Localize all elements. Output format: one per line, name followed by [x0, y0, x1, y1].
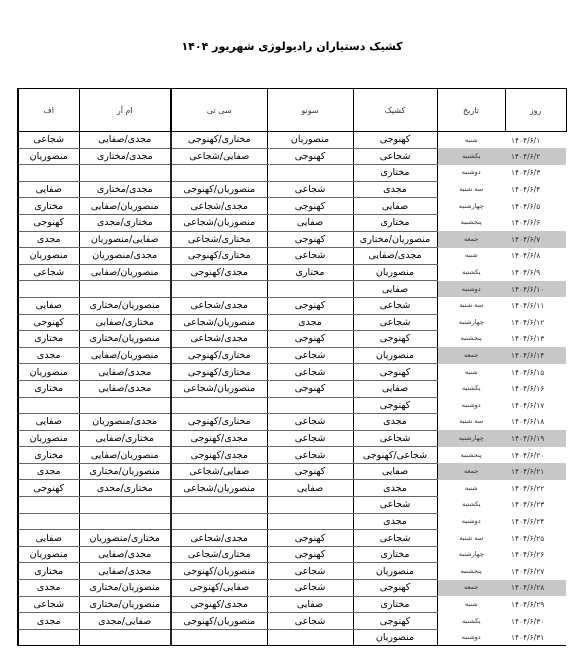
- cell-ct: مختاری/شجاعی: [171, 546, 267, 563]
- table-row: ۱۴۰۴/۶/۳۰یکشنبهکهنوجیشجاعیمنصوریان/کهنوج…: [18, 613, 566, 630]
- cell-sono: کهنوجی: [267, 198, 353, 215]
- cell-ct: منصوریان/کهنوجی: [171, 563, 267, 580]
- table-row: ۱۴۰۴/۶/۲۹شنبهمختاریصفاییمجدی/کهنوجیمنصور…: [18, 596, 566, 613]
- cell-kashik: منصوریان: [353, 347, 437, 364]
- cell-day: یکشنبه: [437, 264, 505, 281]
- header-af: اف: [18, 89, 79, 132]
- table-row: ۱۴۰۴/۶/۸شنبهمجدی/صفاییشجاعیمختاری/کهنوجی…: [18, 248, 566, 265]
- table-row: ۱۴۰۴/۶/۷جمعهمنصوریان/مختاریکهنوجیمختاری/…: [18, 231, 566, 248]
- cell-ct: مجدی/شجاعی: [171, 198, 267, 215]
- cell-af: مختاری: [18, 447, 79, 464]
- cell-kashik: مختاری: [353, 165, 437, 182]
- cell-mri: منصوریان/صفایی: [79, 347, 171, 364]
- cell-kashik: کهنوجی: [353, 364, 437, 381]
- cell-sono: [267, 165, 353, 182]
- cell-kashik: صفایی: [353, 198, 437, 215]
- cell-sono: کهنوجی: [267, 231, 353, 248]
- cell-mri: صفایی/مجدی: [79, 613, 171, 630]
- table-row: ۱۴۰۴/۶/۱۲چهارشنبهشجاعیمجدیمنصوریان/شجاعی…: [18, 314, 566, 331]
- cell-ct: [171, 629, 267, 646]
- header-row: روز تاریخ کشیک سونو سی تی ام آر اف: [18, 89, 566, 132]
- table-row: ۱۴۰۴/۶/۱۳پنجشنبهکهنوجیکهنوجیمجدی/شجاعیمن…: [18, 331, 566, 348]
- cell-kashik: مختاری: [353, 214, 437, 231]
- cell-date: ۱۴۰۴/۶/۲۳: [505, 497, 566, 514]
- cell-kashik: شجاعی: [353, 497, 437, 514]
- cell-date: ۱۴۰۴/۶/۹: [505, 264, 566, 281]
- cell-mri: [79, 513, 171, 530]
- cell-af: مجدی: [18, 580, 79, 597]
- cell-date: ۱۴۰۴/۶/۶: [505, 214, 566, 231]
- cell-mri: مجدی/منصوریان: [79, 248, 171, 265]
- cell-kashik: مختاری: [353, 596, 437, 613]
- cell-kashik: کهنوجی: [353, 580, 437, 597]
- cell-date: ۱۴۰۴/۶/۲۱: [505, 463, 566, 480]
- cell-date: ۱۴۰۴/۶/۲: [505, 148, 566, 165]
- cell-mri: صفایی/منصوریان: [79, 231, 171, 248]
- cell-mri: منصوریان/صفایی: [79, 198, 171, 215]
- cell-date: ۱۴۰۴/۶/۳۱: [505, 629, 566, 646]
- cell-ct: مجدی/کهنوجی: [171, 447, 267, 464]
- cell-mri: منصوریان/مختاری: [79, 596, 171, 613]
- header-ct: سی تی: [171, 89, 267, 132]
- cell-ct: مختاری/کهنوجی: [171, 414, 267, 431]
- cell-mri: [79, 281, 171, 298]
- table-row: ۱۴۰۴/۶/۹یکشنبهمنصوریانمختاریمجدی/کهنوجیم…: [18, 264, 566, 281]
- cell-kashik: کهنوجی: [353, 331, 437, 348]
- cell-sono: [267, 629, 353, 646]
- cell-day: چهارشنبه: [437, 546, 505, 563]
- cell-sono: منصوریان: [267, 132, 353, 149]
- cell-day: دوشنبه: [437, 397, 505, 414]
- cell-sono: [267, 397, 353, 414]
- table-row: ۱۴۰۴/۶/۱۴جمعهمنصوریانشجاعیمختاری/کهنوجیم…: [18, 347, 566, 364]
- table-row: ۱۴۰۴/۶/۳۱دوشنبهمنصوریان: [18, 629, 566, 646]
- cell-sono: مختاری: [267, 264, 353, 281]
- cell-af: [18, 629, 79, 646]
- cell-sono: کهنوجی: [267, 546, 353, 563]
- cell-kashik: شجاعی: [353, 297, 437, 314]
- cell-day: سه شنبه: [437, 297, 505, 314]
- cell-sono: شجاعی: [267, 414, 353, 431]
- cell-date: ۱۴۰۴/۶/۱۸: [505, 414, 566, 431]
- cell-date: ۱۴۰۴/۶/۱۹: [505, 430, 566, 447]
- cell-mri: [79, 397, 171, 414]
- cell-sono: صفایی: [267, 596, 353, 613]
- cell-sono: کهنوجی: [267, 463, 353, 480]
- header-day: روز: [505, 89, 566, 132]
- cell-sono: شجاعی: [267, 580, 353, 597]
- cell-mri: منصوریان/مختاری: [79, 463, 171, 480]
- cell-mri: مختاری/صفایی: [79, 430, 171, 447]
- cell-af: منصوریان: [18, 248, 79, 265]
- cell-mri: منصوریان/مختاری: [79, 580, 171, 597]
- cell-af: شجاعی: [18, 132, 79, 149]
- cell-day: شنبه: [437, 132, 505, 149]
- cell-day: چهارشنبه: [437, 314, 505, 331]
- cell-date: ۱۴۰۴/۶/۸: [505, 248, 566, 265]
- cell-date: ۱۴۰۴/۶/۴: [505, 181, 566, 198]
- table-row: ۱۴۰۴/۶/۱۵شنبهکهنوجیشجاعیمختاری/کهنوجیمجد…: [18, 364, 566, 381]
- cell-day: سه شنبه: [437, 414, 505, 431]
- cell-day: یکشنبه: [437, 148, 505, 165]
- cell-day: شنبه: [437, 596, 505, 613]
- cell-mri: [79, 497, 171, 514]
- cell-day: جمعه: [437, 231, 505, 248]
- header-kashik: کشیک: [353, 89, 437, 132]
- table-row: ۱۴۰۴/۶/۲۱جمعهصفاییکهنوجیصفایی/شجاعیمنصور…: [18, 463, 566, 480]
- table-row: ۱۴۰۴/۶/۲۸جمعهکهنوجیشجاعیصفایی/کهنوجیمنصو…: [18, 580, 566, 597]
- cell-day: سه شنبه: [437, 181, 505, 198]
- cell-date: ۱۴۰۴/۶/۱۲: [505, 314, 566, 331]
- cell-kashik: مجدی/صفایی: [353, 248, 437, 265]
- cell-af: صفایی: [18, 530, 79, 547]
- cell-day: پنجشنبه: [437, 447, 505, 464]
- cell-mri: مجدی/منصوریان: [79, 414, 171, 431]
- cell-kashik: مختاری: [353, 546, 437, 563]
- cell-sono: مجدی: [267, 314, 353, 331]
- cell-mri: منصوریان/مختاری: [79, 331, 171, 348]
- cell-ct: منصوریان/کهنوجی: [171, 181, 267, 198]
- cell-ct: مجدی/شجاعی: [171, 331, 267, 348]
- cell-af: [18, 513, 79, 530]
- table-row: ۱۴۰۴/۶/۱۶یکشنبهصفاییکهنوجیمنصوریان/شجاعی…: [18, 380, 566, 397]
- cell-ct: [171, 497, 267, 514]
- cell-kashik: صفایی: [353, 380, 437, 397]
- cell-af: [18, 497, 79, 514]
- cell-kashik: منصوریان: [353, 563, 437, 580]
- cell-sono: شجاعی: [267, 347, 353, 364]
- cell-ct: صفایی/کهنوجی: [171, 580, 267, 597]
- table-row: ۱۴۰۴/۶/۱۱سه شنبهشجاعیکهنوجیمجدی/شجاعیمنص…: [18, 297, 566, 314]
- cell-kashik: شجاعی: [353, 148, 437, 165]
- table-row: ۱۴۰۴/۶/۲۲شنبهمجدیصفاییمنصوریان/شجاعیمختا…: [18, 480, 566, 497]
- table-row: ۱۴۰۴/۶/۲۷پنجشنبهمنصوریانشجاعیمنصوریان/که…: [18, 563, 566, 580]
- cell-ct: مختاری/کهنوجی: [171, 364, 267, 381]
- cell-date: ۱۴۰۴/۶/۲۴: [505, 513, 566, 530]
- cell-day: یکشنبه: [437, 613, 505, 630]
- cell-mri: مجدی/مختاری: [79, 148, 171, 165]
- table-row: ۱۴۰۴/۶/۲۶چهارشنبهمختاریکهنوجیمختاری/شجاع…: [18, 546, 566, 563]
- table-row: ۱۴۰۴/۶/۳دوشنبهمختاری: [18, 165, 566, 182]
- cell-sono: شجاعی: [267, 248, 353, 265]
- cell-sono: شجاعی: [267, 181, 353, 198]
- cell-day: یکشنبه: [437, 380, 505, 397]
- cell-date: ۱۴۰۴/۶/۵: [505, 198, 566, 215]
- cell-date: ۱۴۰۴/۶/۲۰: [505, 447, 566, 464]
- cell-day: دوشنبه: [437, 629, 505, 646]
- cell-day: شنبه: [437, 480, 505, 497]
- cell-ct: منصوریان/شجاعی: [171, 380, 267, 397]
- cell-date: ۱۴۰۴/۶/۲۹: [505, 596, 566, 613]
- page-title: کشیک دستیاران رادیولوژی شهریور ۱۴۰۴: [0, 40, 584, 53]
- cell-ct: مجدی/کهنوجی: [171, 596, 267, 613]
- cell-af: [18, 397, 79, 414]
- cell-mri: مختاری/منصوریان: [79, 530, 171, 547]
- cell-ct: صفایی/شجاعی: [171, 148, 267, 165]
- cell-sono: شجاعی: [267, 613, 353, 630]
- cell-date: ۱۴۰۴/۶/۲۸: [505, 580, 566, 597]
- cell-af: کهنوجی: [18, 214, 79, 231]
- cell-day: چهارشنبه: [437, 430, 505, 447]
- cell-mri: مجدی/صفایی: [79, 563, 171, 580]
- cell-kashik: کهنوجی: [353, 613, 437, 630]
- table-row: ۱۴۰۴/۶/۲یکشنبهشجاعیکهنوجیصفایی/شجاعیمجدی…: [18, 148, 566, 165]
- cell-date: ۱۴۰۴/۶/۱: [505, 132, 566, 149]
- cell-kashik: کهنوجی: [353, 132, 437, 149]
- cell-day: جمعه: [437, 347, 505, 364]
- cell-kashik: صفایی: [353, 281, 437, 298]
- cell-ct: [171, 165, 267, 182]
- cell-af: [18, 281, 79, 298]
- cell-mri: منصوریان/صفایی: [79, 264, 171, 281]
- cell-sono: شجاعی: [267, 430, 353, 447]
- schedule-table: روز تاریخ کشیک سونو سی تی ام آر اف ۱۴۰۴/…: [17, 88, 567, 646]
- cell-day: پنجشنبه: [437, 331, 505, 348]
- cell-day: شنبه: [437, 364, 505, 381]
- header-mri: ام آر: [79, 89, 171, 132]
- cell-af: [18, 165, 79, 182]
- cell-date: ۱۴۰۴/۶/۲۲: [505, 480, 566, 497]
- cell-af: مجدی: [18, 463, 79, 480]
- table-row: ۱۴۰۴/۶/۲۵سه شنبهشجاعیکهنوجیمجدی/شجاعیمخت…: [18, 530, 566, 547]
- cell-ct: مختاری/کهنوجی: [171, 132, 267, 149]
- cell-date: ۱۴۰۴/۶/۲۶: [505, 546, 566, 563]
- header-sono: سونو: [267, 89, 353, 132]
- cell-kashik: شجاعی: [353, 430, 437, 447]
- cell-sono: صفایی: [267, 214, 353, 231]
- cell-ct: منصوریان/شجاعی: [171, 314, 267, 331]
- cell-day: پنجشنبه: [437, 214, 505, 231]
- table-row: ۱۴۰۴/۶/۱۷دوشنبهکهنوجی: [18, 397, 566, 414]
- cell-ct: صفایی/شجاعی: [171, 463, 267, 480]
- schedule-body: ۱۴۰۴/۶/۱شنبهکهنوجیمنصوریانمختاری/کهنوجیم…: [18, 132, 566, 646]
- table-row: ۱۴۰۴/۶/۲۳یکشنبهشجاعی: [18, 497, 566, 514]
- cell-sono: کهنوجی: [267, 380, 353, 397]
- cell-mri: مختاری/مجدی: [79, 214, 171, 231]
- cell-ct: [171, 513, 267, 530]
- cell-mri: مجدی/صفایی: [79, 380, 171, 397]
- cell-sono: کهنوجی: [267, 530, 353, 547]
- cell-mri: مجدی/صفایی: [79, 364, 171, 381]
- cell-sono: شجاعی: [267, 447, 353, 464]
- cell-mri: [79, 629, 171, 646]
- cell-ct: مجدی/کهنوجی: [171, 264, 267, 281]
- cell-ct: منصوریان/کهنوجی: [171, 613, 267, 630]
- cell-sono: کهنوجی: [267, 331, 353, 348]
- cell-af: منصوریان: [18, 546, 79, 563]
- cell-ct: منصوریان/شجاعی: [171, 214, 267, 231]
- cell-mri: [79, 165, 171, 182]
- table-row: ۱۴۰۴/۶/۲۴دوشنبهمجدی: [18, 513, 566, 530]
- cell-mri: مختاری/مجدی: [79, 480, 171, 497]
- cell-day: دوشنبه: [437, 513, 505, 530]
- table-row: ۱۴۰۴/۶/۱۰دوشنبهصفایی: [18, 281, 566, 298]
- table-row: ۱۴۰۴/۶/۶پنجشنبهمختاریصفاییمنصوریان/شجاعی…: [18, 214, 566, 231]
- cell-sono: کهنوجی: [267, 297, 353, 314]
- cell-af: صفایی: [18, 181, 79, 198]
- cell-ct: مختاری/کهنوجی: [171, 248, 267, 265]
- cell-mri: مجدی/صفایی: [79, 546, 171, 563]
- cell-mri: مجدی/صفایی: [79, 132, 171, 149]
- cell-date: ۱۴۰۴/۶/۱۶: [505, 380, 566, 397]
- cell-date: ۱۴۰۴/۶/۱۵: [505, 364, 566, 381]
- cell-day: دوشنبه: [437, 165, 505, 182]
- cell-kashik: کهنوجی: [353, 397, 437, 414]
- cell-kashik: شجاعی: [353, 314, 437, 331]
- cell-sono: [267, 281, 353, 298]
- schedule-table-wrapper: روز تاریخ کشیک سونو سی تی ام آر اف ۱۴۰۴/…: [17, 88, 565, 646]
- cell-day: جمعه: [437, 463, 505, 480]
- cell-kashik: شجاعی: [353, 530, 437, 547]
- cell-kashik: مجدی: [353, 181, 437, 198]
- table-row: ۱۴۰۴/۶/۱۹چهارشنبهشجاعیشجاعیمجدی/کهنوجیمخ…: [18, 430, 566, 447]
- cell-date: ۱۴۰۴/۶/۳۰: [505, 613, 566, 630]
- cell-mri: مختاری/صفایی: [79, 314, 171, 331]
- header-date: تاریخ: [437, 89, 505, 132]
- cell-ct: مجدی/شجاعی: [171, 530, 267, 547]
- cell-sono: شجاعی: [267, 563, 353, 580]
- cell-af: مجدی: [18, 347, 79, 364]
- cell-sono: کهنوجی: [267, 148, 353, 165]
- cell-date: ۱۴۰۴/۶/۱۳: [505, 331, 566, 348]
- cell-date: ۱۴۰۴/۶/۲۵: [505, 530, 566, 547]
- cell-af: کهنوجی: [18, 480, 79, 497]
- cell-day: جمعه: [437, 580, 505, 597]
- cell-af: مجدی: [18, 613, 79, 630]
- cell-date: ۱۴۰۴/۶/۷: [505, 231, 566, 248]
- cell-ct: مختاری/کهنوجی: [171, 347, 267, 364]
- cell-mri: مجدی/مختاری: [79, 181, 171, 198]
- cell-af: مختاری: [18, 331, 79, 348]
- cell-kashik: منصوریان: [353, 629, 437, 646]
- cell-af: مختاری: [18, 563, 79, 580]
- cell-af: مختاری: [18, 380, 79, 397]
- cell-ct: [171, 281, 267, 298]
- cell-kashik: منصوریان/مختاری: [353, 231, 437, 248]
- cell-ct: مجدی/شجاعی: [171, 297, 267, 314]
- cell-date: ۱۴۰۴/۶/۳: [505, 165, 566, 182]
- cell-sono: [267, 497, 353, 514]
- cell-af: منصوریان: [18, 430, 79, 447]
- cell-ct: مجدی/کهنوجی: [171, 430, 267, 447]
- cell-af: مجدی: [18, 231, 79, 248]
- cell-day: دوشنبه: [437, 281, 505, 298]
- cell-date: ۱۴۰۴/۶/۲۷: [505, 563, 566, 580]
- cell-date: ۱۴۰۴/۶/۱۰: [505, 281, 566, 298]
- cell-kashik: مجدی: [353, 513, 437, 530]
- cell-ct: [171, 397, 267, 414]
- table-row: ۱۴۰۴/۶/۵چهارشنبهصفاییکهنوجیمجدی/شجاعیمنص…: [18, 198, 566, 215]
- cell-af: منصوریان: [18, 364, 79, 381]
- cell-day: سه شنبه: [437, 530, 505, 547]
- cell-sono: شجاعی: [267, 364, 353, 381]
- cell-ct: منصوریان/شجاعی: [171, 480, 267, 497]
- cell-day: چهارشنبه: [437, 198, 505, 215]
- cell-kashik: منصوریان: [353, 264, 437, 281]
- cell-kashik: صفایی: [353, 463, 437, 480]
- cell-mri: منصوریان/صفایی: [79, 447, 171, 464]
- cell-af: مختاری: [18, 198, 79, 215]
- cell-date: ۱۴۰۴/۶/۱۱: [505, 297, 566, 314]
- table-row: ۱۴۰۴/۶/۱شنبهکهنوجیمنصوریانمختاری/کهنوجیم…: [18, 132, 566, 149]
- cell-mri: منصوریان/مختاری: [79, 297, 171, 314]
- cell-date: ۱۴۰۴/۶/۱۷: [505, 397, 566, 414]
- cell-af: شجاعی: [18, 264, 79, 281]
- cell-sono: [267, 513, 353, 530]
- cell-af: منصوریان: [18, 148, 79, 165]
- cell-af: شجاعی: [18, 596, 79, 613]
- cell-af: صفایی: [18, 414, 79, 431]
- cell-af: کهنوجی: [18, 314, 79, 331]
- cell-day: پنجشنبه: [437, 563, 505, 580]
- cell-ct: مختاری/شجاعی: [171, 231, 267, 248]
- cell-kashik: مجدی: [353, 480, 437, 497]
- cell-kashik: مجدی: [353, 414, 437, 431]
- cell-sono: صفایی: [267, 480, 353, 497]
- cell-kashik: شجاعی/کهنوجی: [353, 447, 437, 464]
- cell-date: ۱۴۰۴/۶/۱۴: [505, 347, 566, 364]
- cell-day: شنبه: [437, 248, 505, 265]
- cell-day: یکشنبه: [437, 497, 505, 514]
- table-row: ۱۴۰۴/۶/۴سه شنبهمجدیشجاعیمنصوریان/کهنوجیم…: [18, 181, 566, 198]
- cell-af: صفایی: [18, 297, 79, 314]
- table-row: ۱۴۰۴/۶/۲۰پنجشنبهشجاعی/کهنوجیشجاعیمجدی/که…: [18, 447, 566, 464]
- table-row: ۱۴۰۴/۶/۱۸سه شنبهمجدیشجاعیمختاری/کهنوجیمج…: [18, 414, 566, 431]
